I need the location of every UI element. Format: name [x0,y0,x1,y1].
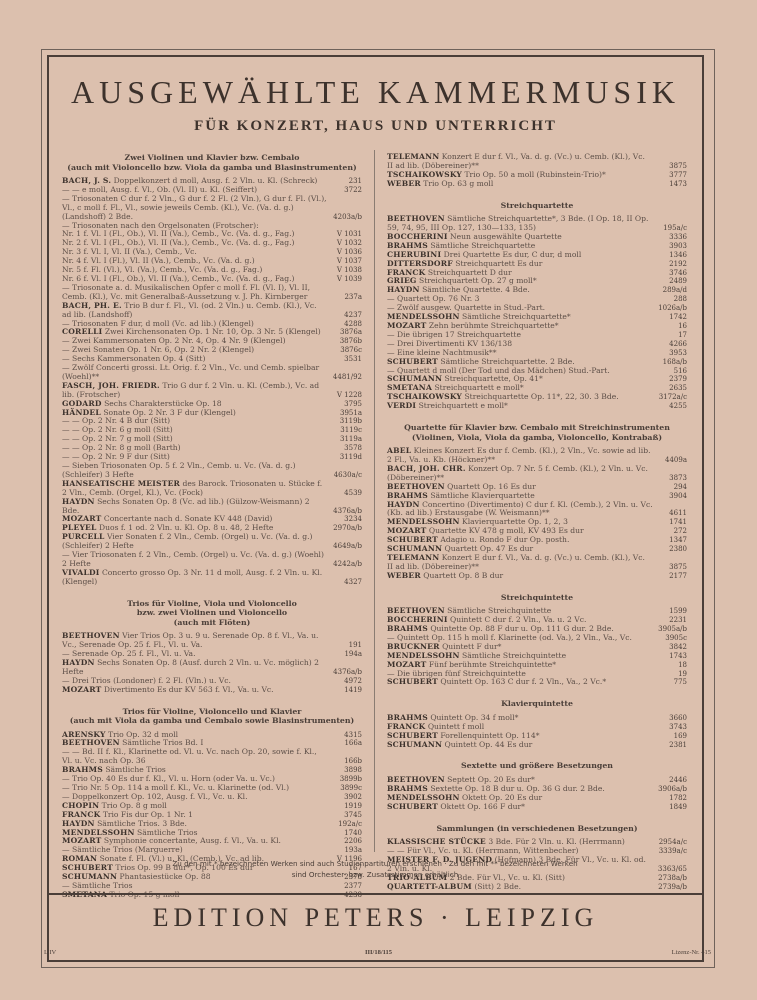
edition-number: 4242a/b [333,560,362,569]
section-heading-line: bzw. zwei Violinen und Violoncello [62,608,362,618]
section-heading: Trios für Violine, Viola und Violoncello… [62,599,362,628]
work-description: — Vier Triosonaten f. 2 Vln., Cemb. (Org… [62,550,324,568]
composer-name: MOZART [62,836,101,845]
edition-number: 4409a [665,456,687,465]
composer-name: BOCCHERINI [387,615,448,624]
edition-number: 4237 [344,311,362,320]
edition-number: 2206 [344,837,362,846]
composer-name: KLASSISCHE STÜCKE [387,837,486,846]
edition-number: 4327 [344,578,362,587]
composer-name: CORELLI [62,327,102,336]
work-description: Sämtliche Streichquartette [430,241,535,250]
work-description: Fünf berühmte Streichquintette* [429,660,556,669]
composer-name: BRAHMS [62,765,103,774]
edition-number: 1599 [669,607,687,616]
composer-name: BRAHMS [387,491,428,500]
edition-number: 3336 [669,233,687,242]
composer-name: HAYDN [387,285,420,294]
work-description: Sämtliche Trios. 3 Bde. [97,819,187,828]
edition-number: 4481/92 [333,373,362,382]
catalog-entry: VIVALDI Concerto grosso Op. 3 Nr. 11 d m… [62,569,362,587]
composer-name: BACH, J. S. [62,176,111,185]
work-description: — Drei Trios (Londoner) f. 2 Fl. (Vln.) … [62,676,231,685]
edition-number: 3119a [340,435,362,444]
edition-number: 3876b [340,337,362,346]
catalog-section: Quartette für Klavier bzw. Cembalo mit S… [387,423,687,581]
edition-number: 193a [344,846,362,855]
composer-name: MOZART [62,514,101,523]
edition-number: 3745 [344,811,362,820]
edition-number: 4203a/b [333,213,362,222]
section-heading-line: Klavierquintette [387,699,687,709]
work-description: Oktett Op. 166 F dur* [440,802,525,811]
section-heading-line: Trios für Violine, Violoncello und Klavi… [62,707,362,717]
composer-name: BOCCHERINI [387,232,448,241]
license-number: Lizenz-Nr. 415 [672,949,711,956]
composer-name: SCHUBERT [387,731,438,740]
work-description: Quintett C dur f. 2 Vln., Va. u. 2 Vc. [450,615,586,624]
edition-number: 3339a/c [659,847,687,856]
right-column: TELEMANN Konzert E dur f. Vl., Va. d. g.… [387,153,687,904]
edition-number: 2377 [344,882,362,891]
composer-name: HAYDN [387,500,420,509]
composer-name: WEBER [387,179,421,188]
edition-number: 168a/b [663,358,687,367]
footer-rule [47,893,704,895]
catalog-section: Trios für Violine, Viola und Violoncello… [62,599,362,695]
section-heading-line: Streichquintette [387,593,687,603]
composer-name: SCHUBERT [387,677,438,686]
page-subtitle: FÜR KONZERT, HAUS UND UNTERRICHT [47,118,704,135]
work-description: Sämtliche Streichquintette [462,651,566,660]
composer-name: SCHUBERT [387,535,438,544]
catalog-entry: HANSEATISCHE MEISTER des Barock. Trioson… [62,480,362,498]
edition-number: 16 [678,322,687,331]
composer-name: HANSEATISCHE MEISTER [62,479,180,488]
composer-name: BRAHMS [387,784,428,793]
edition-number: 272 [674,527,687,536]
edition-number: 3746 [669,269,687,278]
composer-name: BRUCKNER [387,642,440,651]
edition-number: 1347 [669,536,687,545]
composer-name: MENDELSSOHN [387,793,460,802]
edition-number: 2379 [669,375,687,384]
edition-number: 2380 [669,545,687,554]
work-description: — — Op. 2 Nr. 9 F dur (Sitt) [62,452,170,461]
work-description: — Zwölf Concerti grossi. Lt. Orig. f. 2 … [62,363,319,381]
composer-name: GODARD [62,399,102,408]
edition-number: 4255 [669,402,687,411]
section-heading: Quartette für Klavier bzw. Cembalo mit S… [387,423,687,442]
section-heading: Trios für Violine, Violoncello und Klavi… [62,707,362,726]
catalog-entry: ABEL Kleines Konzert Es dur f. Cemb. (Kl… [387,447,687,465]
catalog-entry: SCHUBERT Oktett Op. 166 F dur*1849 [387,803,687,812]
catalog-entry: — Sieben Triosonaten Op. 5 f. 2 Vln., Ce… [62,462,362,480]
work-description: Trio Op. 8 g moll [102,801,167,810]
composer-name: BRAHMS [387,241,428,250]
work-description: — — e moll, Ausg. f. Vl., Ob. (Vl. II) u… [62,185,257,194]
work-description: Sextette Op. 18 B dur u. Op. 36 G dur. 2… [430,784,604,793]
work-description: Klavierquartette Op. 1, 2, 3 [462,517,568,526]
edition-number: 1473 [669,180,687,189]
work-description: Streichquartett e moll* [419,401,508,410]
edition-number: 3905a/b [658,625,687,634]
edition-number: 3777 [669,171,687,180]
work-description: Quintett Op. 44 Es dur [445,740,533,749]
work-description: — Die übrigen 17 Streichquartette [387,330,521,339]
composer-name: DITTERSDORF [387,259,453,268]
composer-name: SCHUMANN [387,374,442,383]
edition-number: 191 [349,641,362,650]
section-heading: Zwei Violinen und Klavier bzw. Cembalo(a… [62,153,362,172]
edition-number: 4972 [344,677,362,686]
work-description: Quintette Op. 88 F dur u. Op. 111 G dur.… [430,624,613,633]
edition-number: 3905c [665,634,687,643]
edition-number: 3906a/b [658,785,687,794]
section-heading-line: Quartette für Klavier bzw. Cembalo mit S… [387,423,687,433]
work-description: Quintett Op. 163 C dur f. 2 Vln., Va., 2… [440,677,606,686]
catalog-entry: VERDI Streichquartett e moll*4255 [387,402,687,411]
composer-name: SMETANA [387,383,432,392]
work-description: Quintett f moll [428,722,484,731]
catalog-entry: BEETHOVEN Sämtliche Streichquartette*, 3… [387,215,687,233]
section-heading: Sammlungen (in verschiedenen Besetzungen… [387,824,687,834]
catalog-entry: — Zwölf Concerti grossi. Lt. Orig. f. 2 … [62,364,362,382]
work-description: Sämtliche Streichquartette. 2 Bde. [440,357,574,366]
edition-number: 1782 [669,794,687,803]
edition-number: 2954a/c [659,838,687,847]
composer-name: MOZART [62,685,101,694]
work-description: Nr. 4 f. Vl. I (Fl.), Vl. II (Va.), Cemb… [62,256,255,265]
edition-number: 4611 [669,509,687,518]
section-heading-line: Zwei Violinen und Klavier bzw. Cembalo [62,153,362,163]
work-description: — — Bd. II f. Kl., Klarinette od. Vl. u.… [62,747,317,765]
composer-name: SCHUMANN [387,544,442,553]
edition-number: 2446 [669,776,687,785]
composer-name: ABEL [387,446,411,455]
page-title: AUSGEWÄHLTE KAMMERMUSIK [47,74,704,111]
work-description: 3 Bde. Für 2 Vln. u. Kl. (Herrmann) [488,837,625,846]
work-description: Duos f. 1 od. 2 Vln. u. Kl. Op. 8 u. 48,… [99,523,273,532]
work-description: — Eine kleine Nachtmusik** [387,348,497,357]
work-description: — Zwölf ausgew. Quartette in Stud.-Part. [387,303,545,312]
catalog-entry: WEBER Quartett Op. 8 B dur2177 [387,572,687,581]
footnote-line-2: sind Orchester- bzw. Zusatzstimmen erhäl… [60,869,690,880]
publisher-name: EDITION PETERS · LEIPZIG [47,903,704,933]
work-description: Divertimento Es dur KV 563 f. Vl., Va. u… [104,685,274,694]
work-description: Streichquartett Op. 27 g moll* [419,276,537,285]
edition-number: 3119d [340,453,362,462]
work-description: Quartett Op. 16 Es dur [447,482,536,491]
work-description: (Sitt) 2 Bde. [474,882,521,891]
edition-number: 3842 [669,643,687,652]
edition-number: V 1031 [337,230,362,239]
edition-number: 3873 [669,474,687,483]
edition-number: 2970a/b [333,524,362,533]
catalog-section: Zwei Violinen und Klavier bzw. Cembalo(a… [62,153,362,587]
edition-number: 2489 [669,277,687,286]
edition-number: 194a [344,650,362,659]
composer-name: SCHUBERT [387,357,438,366]
composer-name: MOZART [387,660,426,669]
footnote-line-1: Zu den mit * bezeichneten Werken sind au… [60,858,690,869]
work-description: Symphonie concertante, Ausg. f. Vl., Va.… [104,836,281,845]
composer-name: MENDELSSOHN [387,517,460,526]
composer-name: MOZART [387,526,426,535]
work-description: Streichquartett Es dur [455,259,542,268]
edition-number: 3119b [340,417,362,426]
catalog-section: KlavierquintetteBRAHMS Quintett Op. 34 f… [387,699,687,749]
work-description: — Trio Op. 40 Es dur f. Kl., Vl. u. Horn… [62,774,275,783]
edition-number: 1919 [344,802,362,811]
composer-name: WEBER [387,571,421,580]
composer-name: BRAHMS [387,624,428,633]
edition-number: 3743 [669,723,687,732]
edition-number: 4376a/b [333,507,362,516]
section-heading-line: (auch mit Viola da gamba und Cembalo sow… [62,716,362,726]
catalog-entry: WEBER Trio Op. 63 g moll1473 [387,180,687,189]
catalog-entry: SCHUMANN Quintett Op. 44 Es dur2381 [387,741,687,750]
edition-number: 2177 [669,572,687,581]
composer-name: MOZART [387,321,426,330]
composer-name: GRIEG [387,276,417,285]
composer-name: SCHUBERT [387,802,438,811]
edition-number: 3875 [669,162,687,171]
composer-name: BACH, PH. E. [62,301,122,310]
catalog-section: TELEMANN Konzert E dur f. Vl., Va. d. g.… [387,153,687,189]
work-description: Sämtliche Streichquartette* [462,312,571,321]
section-heading-line: Sextette und größere Besetzungen [387,761,687,771]
edition-number: 4288 [344,320,362,329]
section-heading: Streichquartette [387,201,687,211]
edition-number: 192a/c [338,820,362,829]
work-description: Quartett Op. 8 B dur [423,571,503,580]
work-description: — Sämtliche Trios [62,881,133,890]
edition-number: 1346 [669,251,687,260]
work-description: — Triosonate a. d. Musikalischen Opfer c… [62,283,310,301]
work-description: Nr. 1 f. Vl. I (Fl., Ob.), Vl. II (Va.),… [62,229,294,238]
composer-name: TSCHAIKOWSKY [387,170,462,179]
edition-number: 3172a/c [659,393,687,402]
edition-number: 1849 [669,803,687,812]
composer-name: FRANCK [387,722,425,731]
catalog-entry: HAYDN Concertino (Divertimento) C dur f.… [387,501,687,519]
edition-number: 3953 [669,349,687,358]
catalog-entry: MOZART Divertimento Es dur KV 563 f. Vl.… [62,686,362,695]
edition-number: 3795 [344,400,362,409]
work-description: Doppelkonzert d moll, Ausg. f. 2 Vln. u.… [114,176,318,185]
work-description: Oktett Op. 20 Es dur [462,793,542,802]
work-description: Quintett Op. 34 f moll* [430,713,518,722]
work-description: Forellenquintett Op. 114* [440,731,539,740]
edition-number: 516 [674,367,687,376]
work-description: — Triosonaten C dur f. 2 Vln., G dur f. … [62,194,327,221]
catalog-entry: FASCH, JOH. FRIEDR. Trio G dur f. 2 Vln.… [62,382,362,400]
edition-number: 1741 [669,518,687,527]
work-description: Nr. 3 f. Vl. I, Vl. II (Va.), Cemb., Vc. [62,247,197,256]
composer-name: TELEMANN [387,152,439,161]
work-description: Nr. 5 f. Fl. (Vl.), Vl. (Va.), Cemb., Vc… [62,265,262,274]
composer-name: BEETHOVEN [62,738,120,747]
catalog-entry: — Triosonate a. d. Musikalischen Opfer c… [62,284,362,302]
edition-number: 3578 [344,444,362,453]
work-description: — Sieben Triosonaten Op. 5 f. 2 Vln., Ce… [62,461,296,479]
edition-number: V 1039 [337,275,362,284]
catalog-entry: BACH, PH. E. Trio B dur f. Fl., Vl. (od.… [62,302,362,320]
composer-name: QUARTETT-ALBUM [387,882,472,891]
edition-number: 4630a/c [334,471,362,480]
edition-number: 19 [678,670,687,679]
work-description: Sämtliche Trios Bd. I [122,738,203,747]
work-description: Concertante nach d. Sonate KV 448 (David… [104,514,273,523]
edition-number: 1026a/b [658,304,687,313]
work-description: — Trio Nr. 5 Op. 114 a moll f. Kl., Vc. … [62,783,289,792]
work-description: Sämtliche Streichquintette [447,606,551,615]
composer-name: TSCHAIKOWSKY [387,392,462,401]
composer-name: ARENSKY [62,730,106,739]
edition-number: 195a/c [663,224,687,233]
catalog-section: Sextette und größere BesetzungenBEETHOVE… [387,761,687,811]
section-heading: Streichquintette [387,593,687,603]
edition-number: 169 [674,732,687,741]
work-description: Zehn berühmte Streichquartette* [429,321,559,330]
catalog-entry: — — Bd. II f. Kl., Klarinette od. Vl. u.… [62,748,362,766]
composer-name: MENDELSSOHN [387,312,460,321]
composer-name: BEETHOVEN [387,482,445,491]
work-description: — Quartett d moll (Der Tod und das Mädch… [387,366,610,375]
composer-name: SCHUMANN [387,740,442,749]
work-description: — — Op. 2 Nr. 8 g moll (Barth) [62,443,181,452]
work-description: Sämtliche Trios [105,765,165,774]
edition-number: 1740 [344,829,362,838]
edition-number: 3660 [669,714,687,723]
work-description: — — Für Vl., Vc. u. Kl. (Herrmann, Witte… [387,846,578,855]
edition-number: V 1036 [337,248,362,257]
composer-name: HAYDN [62,497,95,506]
work-description: Sämtliche Klavierquartette [430,491,534,500]
edition-number: 3876c [340,346,362,355]
edition-number: 3119c [340,426,362,435]
section-heading-line: Sammlungen (in verschiedenen Besetzungen… [387,824,687,834]
work-description: Sechs Sonaten Op. 8 (Ausf. durch 2 Vln. … [62,658,319,676]
edition-number: 1419 [344,686,362,695]
work-description: — — Op. 2 Nr. 4 B dur (Sitt) [62,416,170,425]
work-description: Quintett F dur* [442,642,501,651]
edition-number: 3902 [344,793,362,802]
edition-number: 2381 [669,741,687,750]
work-description: Neun ausgewählte Quartette [450,232,562,241]
work-description: — Doppelkonzert Op. 102, Ausg. f. Vl., V… [62,792,247,801]
composer-name: VIVALDI [62,568,100,577]
composer-name: PLEYEL [62,523,97,532]
catalog-entry: BEETHOVEN Vier Trios Op. 3 u. 9 u. Seren… [62,632,362,650]
work-description: — Triosonaten F dur, d moll (Vc. ad lib.… [62,319,254,328]
work-description: Nr. 2 f. Vl. I (Fl., Ob.), Vl. II (Va.),… [62,238,294,247]
edition-number: 2192 [669,260,687,269]
composer-name: HAYDN [62,658,95,667]
work-description: — Zwei Kammersonaten Op. 2 Nr. 4, Op. 4 … [62,336,286,345]
work-description: Streichquartette Op. 11*, 22, 30. 3 Bde. [464,392,618,401]
work-description: Kleines Konzert Es dur f. Cemb. (Kl.), 2… [387,446,651,464]
composer-name: CHERUBINI [387,250,441,259]
work-description: — Zwei Sonaten Op. 1 Nr. 6, Op. 2 Nr. 2 … [62,345,254,354]
edition-number: 3951a [340,409,362,418]
composer-name: BRAHMS [387,713,428,722]
work-description: Zwei Kirchensonaten Op. 1 Nr. 10, Op. 3 … [105,327,321,336]
work-description: Sechs Charakterstücke Op. 18 [104,399,222,408]
catalog-section: StreichquintetteBEETHOVEN Sämtliche Stre… [387,593,687,688]
left-column: Zwei Violinen und Klavier bzw. Cembalo(a… [62,153,362,912]
section-heading-line: (Violinen, Viola, Viola da gamba, Violon… [387,433,687,443]
work-description: Sämtliche Quartette. 4 Bde. [422,285,530,294]
edition-number: 17 [678,331,687,340]
composer-name: FRANCK [387,268,425,277]
edition-number: 4315 [344,731,362,740]
edition-number: 166a [344,739,362,748]
edition-number: 18 [678,661,687,670]
catalog-entry: QUARTETT-ALBUM (Sitt) 2 Bde.2739a/b [387,883,687,892]
edition-number: 3531 [344,355,362,364]
work-description: Sämtliche Trios [137,828,197,837]
work-description: Trio Op. 63 g moll [423,179,493,188]
edition-number: 294 [674,483,687,492]
work-description: — Quintett Op. 115 h moll f. Klarinette … [387,633,632,642]
edition-number: 3903 [669,242,687,251]
edition-number: 288 [674,295,687,304]
edition-number: 1743 [669,652,687,661]
edition-number: V 1037 [337,257,362,266]
composer-name: HAYDN [62,819,95,828]
edition-number: 2635 [669,384,687,393]
work-description: Adagio u. Rondo F dur Op. posth. [440,535,569,544]
edition-number: 1742 [669,313,687,322]
work-description: — Quartett Op. 76 Nr. 3 [387,294,479,303]
section-heading-line: (auch mit Violoncello bzw. Viola da gamb… [62,163,362,173]
composer-name: BEETHOVEN [62,631,120,640]
composer-name: BEETHOVEN [387,775,445,784]
work-description: Streichquartett D dur [428,268,512,277]
catalog-entry: TELEMANN Konzert E dur f. Vl., Va. d. g.… [387,554,687,572]
edition-number: 775 [674,678,687,687]
work-description: — Die übrigen fünf Streichquintette [387,669,526,678]
work-description: — — Op. 2 Nr. 6 g moll (Sitt) [62,425,173,434]
composer-name: FRANCK [62,810,100,819]
work-description: Sechs Sonaten Op. 8 (Vc. ad lib.) (Gülzo… [62,497,310,515]
edition-number: 4539 [344,489,362,498]
work-description: — Drei Divertimenti KV 136/138 [387,339,512,348]
work-description: Septett Op. 20 Es dur* [447,775,535,784]
footnote: Zu den mit * bezeichneten Werken sind au… [60,858,690,880]
composer-name: TELEMANN [387,553,439,562]
edition-number: 166b [344,757,362,766]
work-description: Trio Fis dur Op. 1 Nr. 1 [103,810,193,819]
edition-number: 3234 [344,515,362,524]
catalog-entry: PURCELL Vier Sonaten f. 2 Vln., Cemb. (O… [62,533,362,551]
edition-number: 3904 [669,492,687,501]
work-description: — Sämtliche Trios (Marguerre) [62,845,183,854]
work-description: Nr. 6 f. Vl. I (Fl., Ob.), Vl. II (Va.),… [62,274,294,283]
work-description: Trio Op. 50 a moll (Rubinstein-Trio)* [464,170,605,179]
catalog-entry: HAYDN Sechs Sonaten Op. 8 (Ausf. durch 2… [62,659,362,677]
section-heading-line: (auch mit Flöten) [62,618,362,628]
work-description: Quartett Op. 47 Es dur [445,544,534,553]
work-description: — — Op. 2 Nr. 7 g moll (Sitt) [62,434,173,443]
work-description: — Sechs Kammersonaten Op. 4 (Sitt) [62,354,205,363]
work-description: — Triosonaten nach den Orgelsonaten (Fro… [62,221,259,230]
edition-number: 289a/d [663,286,687,295]
section-heading-line: Trios für Violine, Viola und Violoncello [62,599,362,609]
catalog-entry: HAYDN Sechs Sonaten Op. 8 (Vc. ad lib.) … [62,498,362,516]
